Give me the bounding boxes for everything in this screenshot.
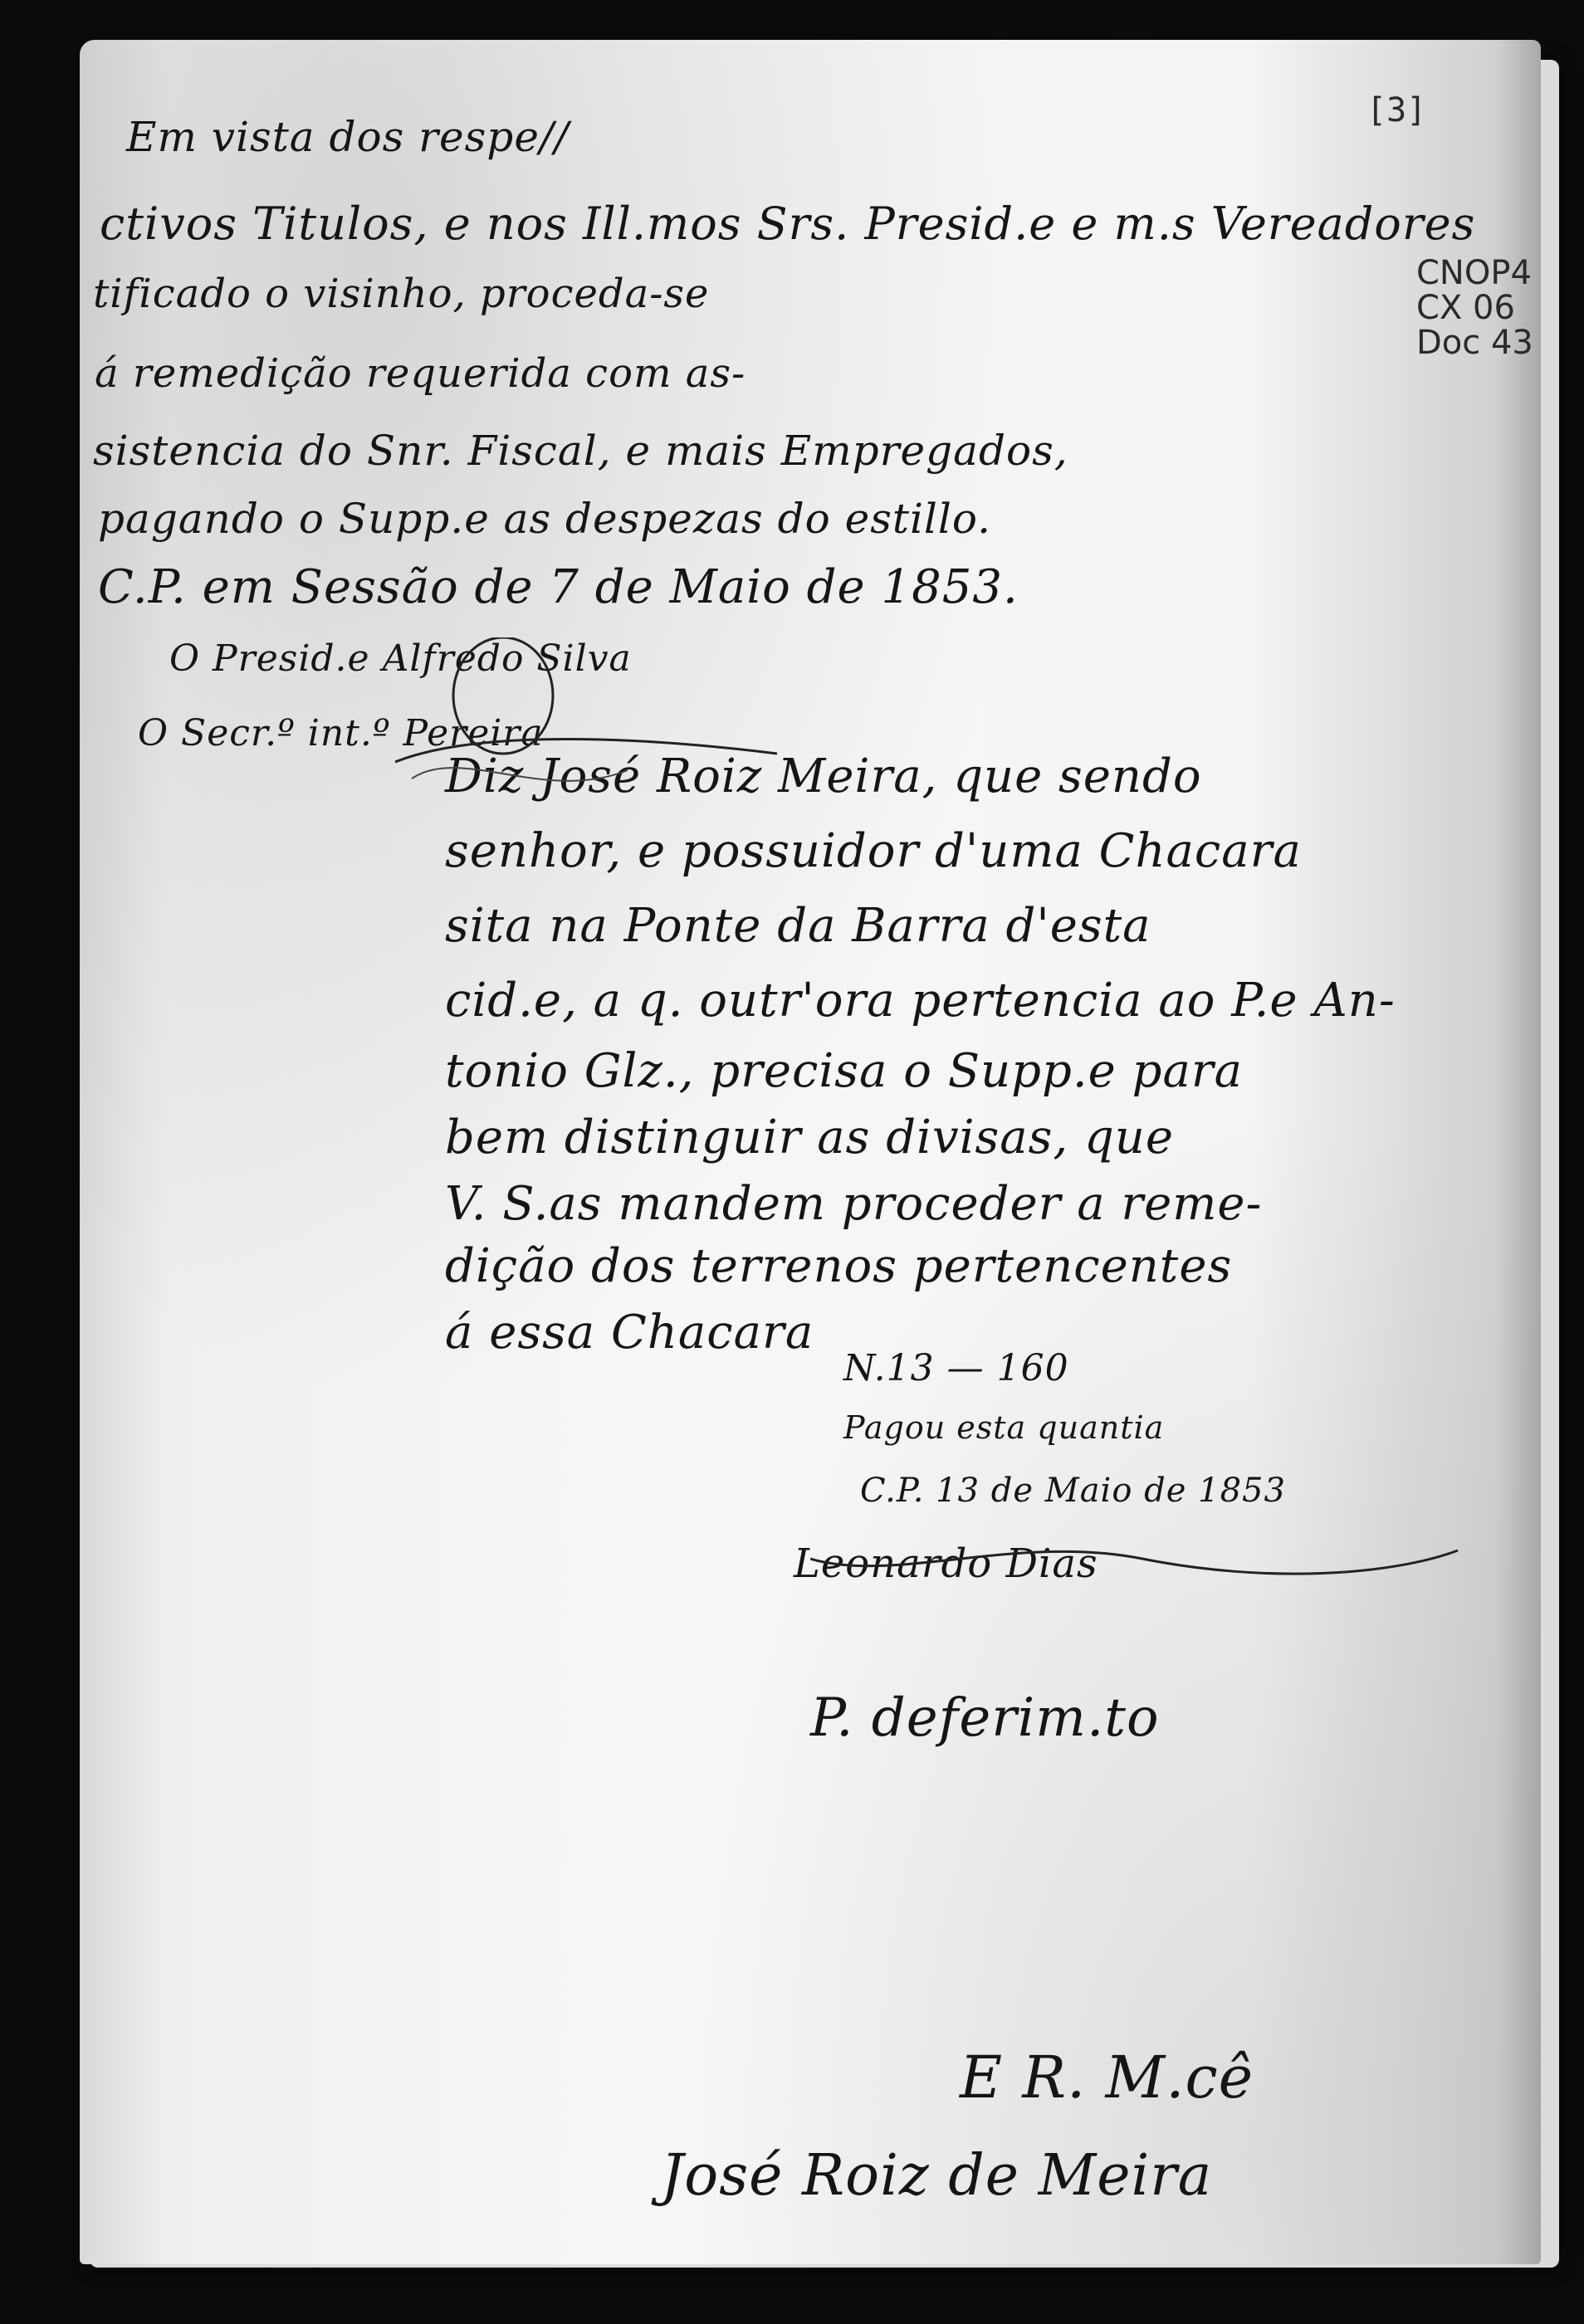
petition-line-9: á essa Chacara [445, 1310, 814, 1356]
payment-statement: Pagou esta quantia [843, 1409, 1164, 1446]
despacho-line-6: pagando o Supp.e as despezas do estillo. [98, 498, 991, 539]
page-marker: [3] [1366, 91, 1426, 129]
erm-formula: E R. M.cê [960, 2048, 1254, 2107]
payment-date: C.P. 13 de Maio de 1853 [860, 1472, 1286, 1510]
archive-fund: CNOP4 [1416, 256, 1533, 290]
payment-number: N.13 — 160 [843, 1347, 1069, 1389]
despacho-line-5: sistencia do Snr. Fiscal, e mais Emprega… [93, 430, 1068, 471]
petition-line-7: V. S.as mandem proceder a reme- [445, 1181, 1262, 1228]
request-formula: P. deferim.to [810, 1692, 1160, 1745]
petition-line-1: Diz José Roiz Meira, que sendo [445, 754, 1202, 800]
despacho-line-4: á remedição requerida com as- [95, 354, 746, 393]
despacho-line-1: Em vista dos respe// [126, 116, 570, 158]
manuscript-page: [3] CNOP4 CX 06 Doc 43 Em vista dos resp… [80, 40, 1541, 2264]
secretary-signature: O Secr.º int.º Pereira [138, 712, 544, 754]
petition-line-8: dição dos terrenos pertencentes [445, 1243, 1232, 1290]
petition-line-5: tonio Glz., precisa o Supp.e para [445, 1048, 1243, 1095]
archive-box: CX 06 [1416, 290, 1533, 325]
despacho-line-3: tificado o visinho, proceda-se [93, 274, 709, 314]
petition-line-4: cid.e, a q. outr'ora pertencia ao P.e An… [445, 978, 1396, 1024]
petitioner-signature: José Roiz de Meira [661, 2148, 1212, 2204]
despacho-line-2: ctivos Titulos, e nos Ill.mos Srs. Presi… [100, 202, 1475, 247]
petition-line-6: bem distinguir as divisas, que [445, 1115, 1174, 1161]
president-signature: O Presid.e Alfredo Silva [169, 637, 632, 680]
collector-signature: Leonardo Dias [794, 1540, 1098, 1587]
archive-reference: CNOP4 CX 06 Doc 43 [1416, 256, 1533, 360]
petition-line-3: sita na Ponte da Barra d'esta [445, 903, 1151, 950]
petition-line-2: senhor, e possuidor d'uma Chacara [445, 828, 1302, 875]
archive-doc: Doc 43 [1416, 325, 1533, 360]
despacho-line-7: C.P. em Sessão de 7 de Maio de 1853. [98, 564, 1019, 611]
